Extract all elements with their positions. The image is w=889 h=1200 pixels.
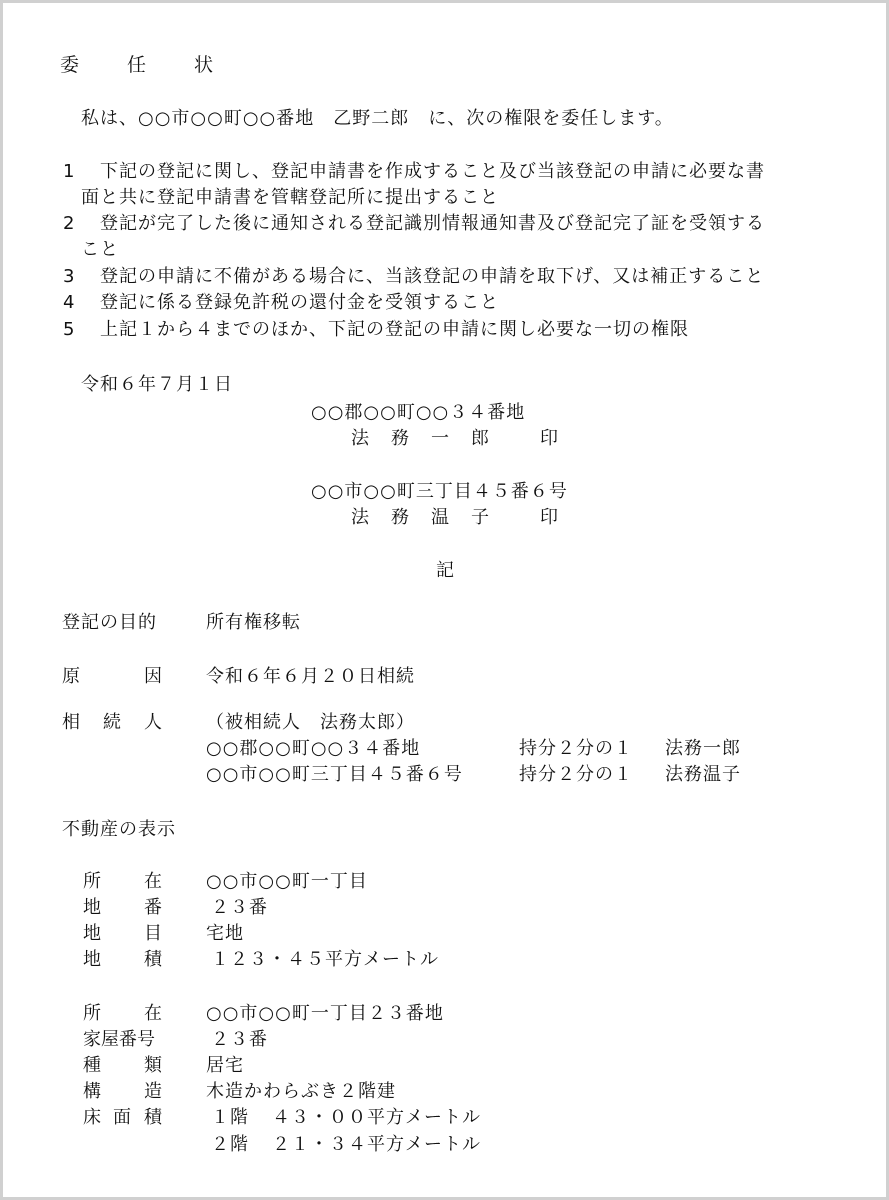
item-number: 4 (63, 291, 75, 315)
building-value: ○○市○○町一丁目２３番地 (206, 1002, 444, 1026)
document-page: 委 任 状 私は、○○市○○町○○番地 乙野二郎 に、次の権限を委任します。 1… (0, 0, 889, 1200)
principal-address: ○○市○○町三丁目４５番６号 (311, 480, 568, 504)
building-label-char: 造 (144, 1080, 162, 1104)
land-label-char: 目 (144, 922, 162, 946)
cause-label-char: 原 (62, 665, 80, 689)
land-label-char: 積 (144, 948, 162, 972)
principal-name-char: 子 (471, 506, 489, 530)
principal-address: ○○郡○○町○○３４番地 (311, 401, 525, 425)
principal-name-char: 務 (391, 427, 409, 451)
land-value: ２３番 (211, 896, 268, 920)
item-text: 登記の申請に不備がある場合に、当該登記の申請を取下げ、又は補正すること (100, 265, 764, 289)
building-label-char: 種 (83, 1054, 101, 1078)
item-number: 2 (63, 212, 75, 236)
building-label-char: 床 (83, 1106, 101, 1130)
land-label-char: 地 (83, 948, 101, 972)
principal-name-char: 法 (351, 506, 369, 530)
item-number: 1 (63, 160, 75, 184)
heirs-label-char: 相 (62, 711, 80, 735)
title-char: 委 (60, 53, 80, 77)
land-label-char: 在 (144, 870, 162, 894)
item-text: 登記が完了した後に通知される登記識別情報通知書及び登記完了証を受領する (100, 212, 765, 236)
principal-name-char: 法 (351, 427, 369, 451)
purpose-value: 所有権移転 (206, 611, 301, 635)
item-text: 下記の登記に関し、登記申請書を作成すること及び当該登記の申請に必要な書 (100, 160, 765, 184)
building-label-char: 所 (83, 1002, 101, 1026)
principal-name-char: 郎 (471, 427, 489, 451)
heir-name: 法務温子 (665, 763, 741, 787)
land-label-char: 所 (83, 870, 101, 894)
floor-label: ２階 (211, 1133, 249, 1157)
principal-name-char: 務 (391, 506, 409, 530)
building-value: 居宅 (206, 1054, 244, 1078)
land-label-char: 番 (144, 896, 162, 920)
decedent-text: （被相続人 法務太郎） (206, 711, 415, 735)
title-char: 任 (127, 53, 147, 77)
building-value: ２３番 (211, 1028, 268, 1052)
cause-label-char: 因 (144, 665, 162, 689)
land-value: 宅地 (206, 922, 244, 946)
heirs-label-char: 続 (103, 711, 121, 735)
heir-share: 持分２分の１ (519, 737, 633, 761)
land-value: ○○市○○町一丁目 (206, 870, 368, 894)
ki-heading: 記 (436, 559, 454, 583)
heir-address: ○○市○○町三丁目４５番６号 (206, 763, 463, 787)
floor-area: ４３・００平方メートル (272, 1106, 481, 1130)
item-text: 上記１から４までのほか、下記の登記の申請に関し必要な一切の権限 (100, 318, 689, 342)
building-label-char: 在 (144, 1002, 162, 1026)
floor-area: ２１・３４平方メートル (272, 1133, 481, 1157)
building-label-char: 構 (83, 1080, 101, 1104)
principal-name-char: 温 (431, 506, 449, 530)
purpose-label: 登記の目的 (62, 611, 157, 635)
heir-share: 持分２分の１ (519, 763, 633, 787)
building-label-char: 面 (113, 1106, 131, 1130)
item-number: 5 (63, 318, 75, 342)
document-date: 令和６年７月１日 (81, 373, 233, 397)
land-label-char: 地 (83, 922, 101, 946)
seal-mark: 印 (540, 427, 558, 451)
item-text: 登記に係る登録免許税の還付金を受領すること (100, 291, 499, 315)
intro-text: 私は、○○市○○町○○番地 乙野二郎 に、次の権限を委任します。 (81, 107, 674, 131)
land-value: １２３・４５平方メートル (211, 948, 439, 972)
item-number: 3 (63, 265, 75, 289)
building-value: 木造かわらぶき２階建 (206, 1080, 396, 1104)
document-title: 委 任 状 (60, 53, 260, 77)
heir-address: ○○郡○○町○○３４番地 (206, 737, 420, 761)
land-label-char: 地 (83, 896, 101, 920)
item-text-cont: 面と共に登記申請書を管轄登記所に提出すること (81, 186, 499, 210)
cause-value: 令和６年６月２０日相続 (206, 665, 415, 689)
heir-name: 法務一郎 (665, 737, 741, 761)
building-label: 家屋番号 (83, 1028, 155, 1052)
heirs-label-char: 人 (144, 711, 162, 735)
principal-name-char: 一 (431, 427, 449, 451)
seal-mark: 印 (540, 506, 558, 530)
building-label-char: 類 (144, 1054, 162, 1078)
title-char: 状 (194, 53, 214, 77)
floor-label: １階 (211, 1106, 249, 1130)
item-text-cont: こと (81, 238, 119, 262)
building-label-char: 積 (144, 1106, 162, 1130)
property-heading: 不動産の表示 (62, 818, 176, 842)
